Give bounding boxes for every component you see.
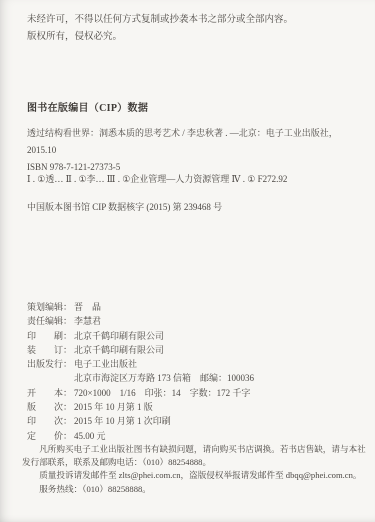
copyright-line-1: 未经许可，不得以任何方式复制或抄袭本书之部分或全部内容。 — [27, 12, 361, 29]
colophon-value: 北京千鹤印刷有限公司 — [74, 329, 361, 343]
colophon-label: 装 订： — [27, 343, 74, 357]
colophon-label: 开 本： — [27, 386, 74, 400]
colophon-row-publisher: 出版发行： 电子工业出版社 — [27, 357, 361, 371]
colophon-value: 北京千鹤印刷有限公司 — [74, 343, 361, 357]
notice-complaint-paragraph: 质量投诉请发邮件至 zlts@phei.com.cn，盗版侵权举报请发邮件至 d… — [22, 469, 367, 482]
colophon-label: 出版发行： — [27, 357, 74, 371]
colophon-value: 720×1000 1/16 印张：14 字数：172 千字 — [74, 386, 361, 400]
colophon-value: 电子工业出版社 — [74, 357, 361, 371]
colophon-row-price: 定 价： 45.00 元 — [27, 429, 361, 443]
cip-record-number: 中国版本图书馆 CIP 数据核字 (2015) 第 239468 号 — [27, 200, 361, 213]
cip-classification: Ⅰ . ①透… Ⅱ . ①李… Ⅲ . ①企业管理—人力资源管理 Ⅳ . ① F… — [27, 172, 361, 185]
colophon-value: 李慧君 — [74, 314, 361, 328]
colophon-row-edition: 版 次： 2015 年 10 月第 1 版 — [27, 400, 361, 414]
colophon-row-format: 开 本： 720×1000 1/16 印张：14 字数：172 千字 — [27, 386, 361, 400]
colophon-label: 印 刷： — [27, 329, 74, 343]
colophon-row-address: 北京市海淀区万寿路 173 信箱 邮编：100036 — [27, 371, 361, 385]
colophon-row-planning-editor: 策划编辑： 晋 晶 — [27, 300, 361, 314]
colophon-row-printer: 印 刷： 北京千鹤印刷有限公司 — [27, 329, 361, 343]
colophon-label: 责任编辑： — [27, 314, 74, 328]
colophon-value: 2015 年 10 月第 1 次印刷 — [74, 414, 361, 428]
purchase-service-notice: 凡所购买电子工业出版社图书有缺损问题，请向购买书店调换。若书店售缺，请与本社发行… — [22, 443, 367, 496]
colophon-value: 2015 年 10 月第 1 版 — [74, 400, 361, 414]
colophon-value: 晋 晶 — [74, 300, 361, 314]
cip-title-line: 透过结构看世界：洞悉本质的思考艺术 / 李忠秋著 . —北京：电子工业出版社，2… — [27, 125, 361, 159]
colophon-value: 北京市海淀区万寿路 173 信箱 邮编：100036 — [74, 371, 361, 385]
copyright-line-2: 版权所有，侵权必究。 — [27, 29, 361, 46]
colophon-row-responsible-editor: 责任编辑： 李慧君 — [27, 314, 361, 328]
colophon-label: 印 次： — [27, 414, 74, 428]
colophon-label: 版 次： — [27, 400, 74, 414]
colophon-label: 策划编辑： — [27, 300, 74, 314]
colophon: 策划编辑： 晋 晶 责任编辑： 李慧君 印 刷： 北京千鹤印刷有限公司 装 订：… — [27, 300, 361, 443]
notice-hotline-line: 服务热线：（010）88258888。 — [22, 483, 367, 496]
colophon-label — [27, 371, 74, 385]
cip-title-block: 透过结构看世界：洞悉本质的思考艺术 / 李忠秋著 . —北京：电子工业出版社，2… — [27, 125, 361, 176]
book-copyright-page: 未经许可，不得以任何方式复制或抄袭本书之部分或全部内容。 版权所有，侵权必究。 … — [0, 0, 375, 522]
cip-heading: 图书在版编目（CIP）数据 — [27, 99, 361, 114]
colophon-label: 定 价： — [27, 429, 74, 443]
colophon-row-binder: 装 订： 北京千鹤印刷有限公司 — [27, 343, 361, 357]
colophon-row-impression: 印 次： 2015 年 10 月第 1 次印刷 — [27, 414, 361, 428]
colophon-value: 45.00 元 — [74, 429, 361, 443]
notice-exchange-paragraph: 凡所购买电子工业出版社图书有缺损问题，请向购买书店调换。若书店售缺，请与本社发行… — [22, 443, 367, 469]
copyright-notice: 未经许可，不得以任何方式复制或抄袭本书之部分或全部内容。 版权所有，侵权必究。 — [27, 12, 361, 46]
